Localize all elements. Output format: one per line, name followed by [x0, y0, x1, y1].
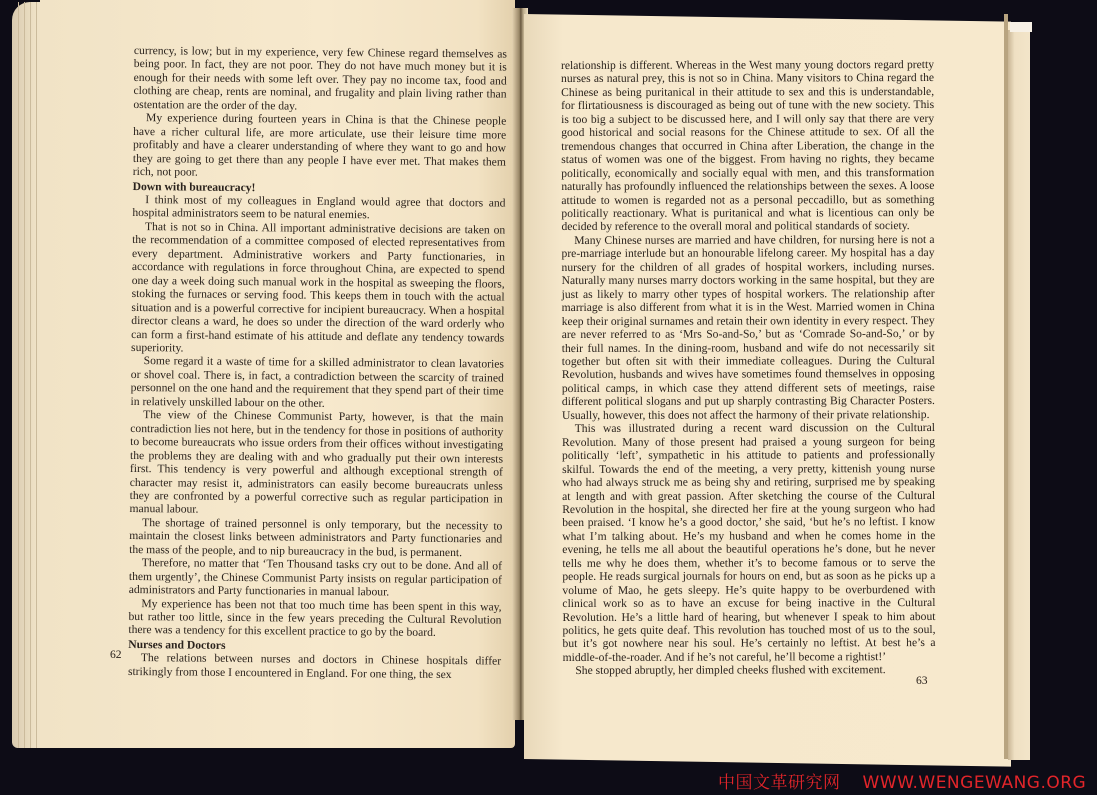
page-number-left: 62	[110, 648, 122, 661]
paragraph: This was illustrated during a recent war…	[562, 421, 936, 664]
paragraph: I think most of my colleagues in England…	[132, 193, 505, 223]
watermark-url: WWW.WENGEWANG.ORG	[863, 773, 1087, 793]
paragraph: The shortage of trained personnel is onl…	[129, 516, 502, 560]
left-page-text: currency, is low; but in my experience, …	[128, 44, 507, 682]
watermark: 中国文革研究网WWW.WENGEWANG.ORG	[718, 768, 1086, 793]
watermark-chinese: 中国文革研究网	[718, 773, 841, 793]
right-page-edges	[1008, 30, 1030, 760]
paragraph: That is not so in China. All important a…	[131, 220, 505, 358]
paragraph: The relations between nurses and doctors…	[128, 651, 501, 681]
right-page-text: relationship is different. Whereas in th…	[561, 58, 936, 678]
paragraph: She stopped abruptly, her dimpled cheeks…	[563, 663, 936, 677]
page-tab	[1010, 22, 1032, 32]
paragraph: currency, is low; but in my experience, …	[133, 44, 507, 115]
paragraph: My experience during fourteen years in C…	[133, 111, 507, 182]
paragraph: Some regard it a waste of time for a ski…	[131, 354, 504, 411]
page-number-right: 63	[916, 674, 928, 687]
paragraph: The view of the Chinese Communist Party,…	[129, 408, 503, 519]
paragraph: Many Chinese nurses are married and have…	[561, 233, 934, 422]
paragraph: relationship is different. Whereas in th…	[561, 58, 934, 234]
paragraph: Therefore, no matter that ‘Ten Thousand …	[129, 556, 502, 600]
paragraph: My experience has been not that too much…	[128, 597, 501, 641]
